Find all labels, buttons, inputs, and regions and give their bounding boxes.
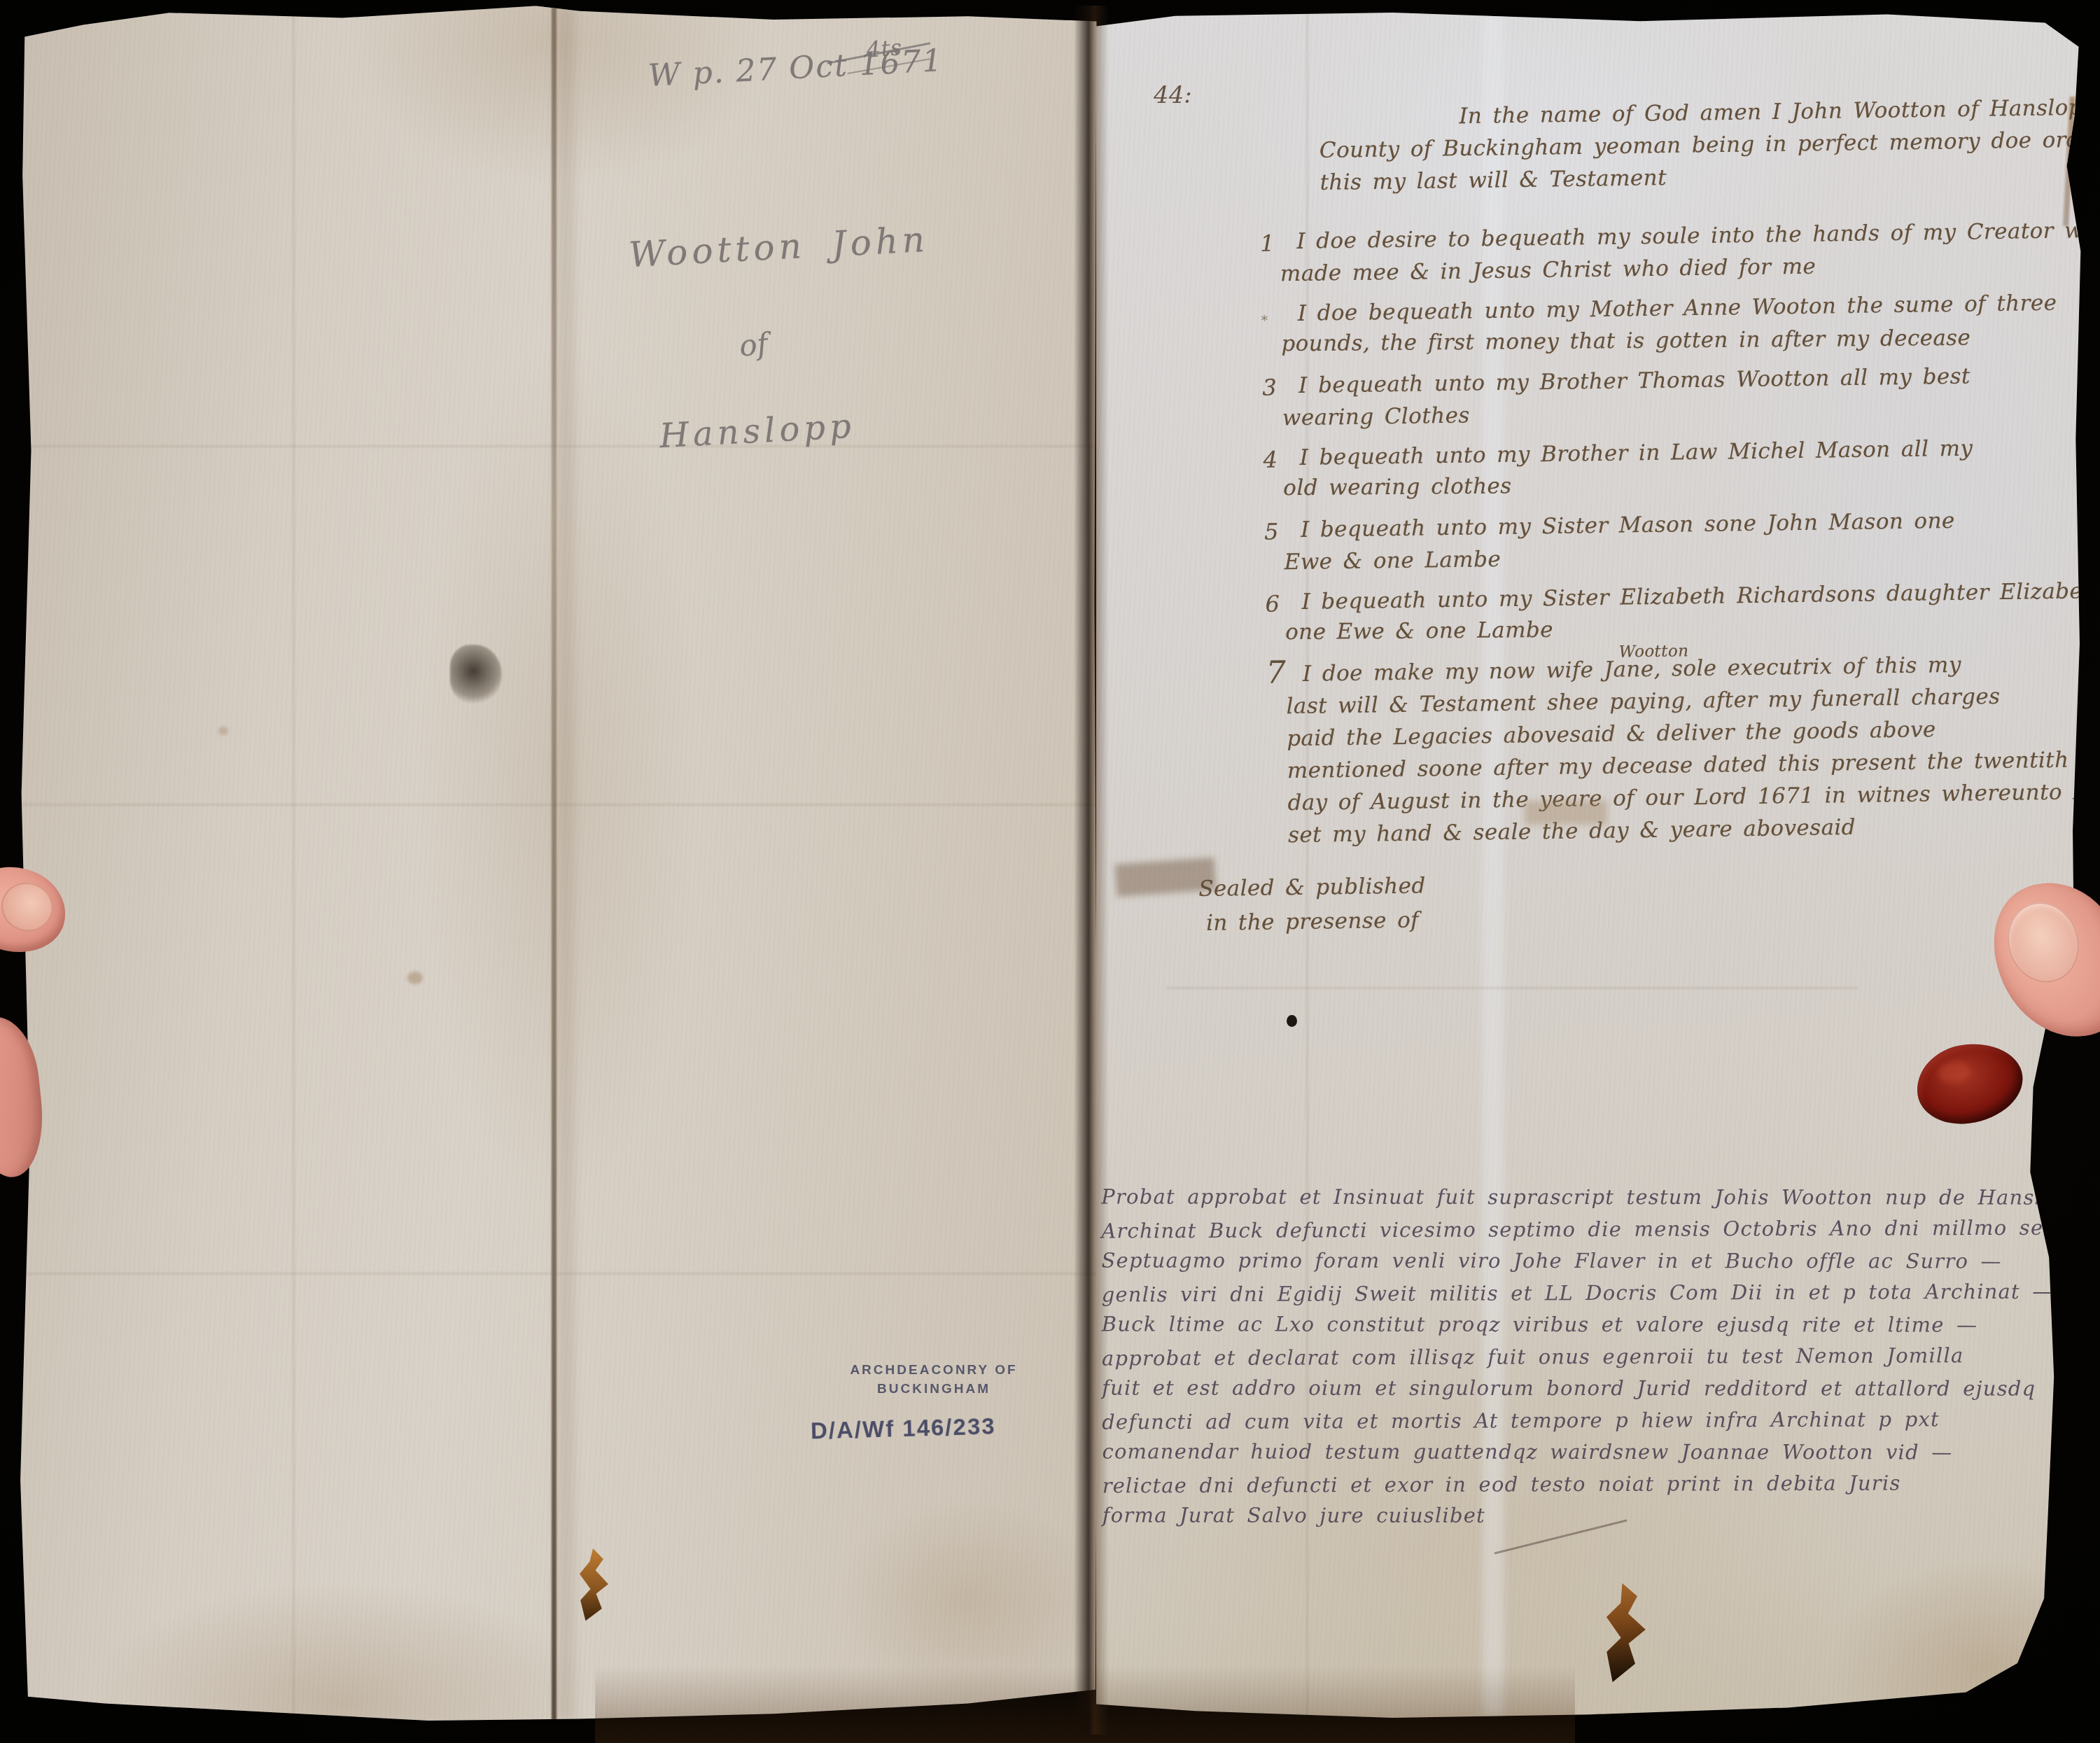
will-preamble: In the name of God amen I John Wootton o… xyxy=(1319,92,2069,199)
bequest-item-executrix: 7 Wootton I doe make my now wife Jane, s… xyxy=(1303,647,2096,851)
bequest-item: 5 I bequeath unto my Sister Mason sone J… xyxy=(1301,503,2092,578)
faint-horizontal-crease xyxy=(1166,987,1858,989)
paper-spot xyxy=(218,727,228,735)
bequest-item: 6 I bequeath unto my Sister Elizabeth Ri… xyxy=(1301,575,2093,650)
item-number: 3 xyxy=(1262,371,1277,403)
crossed-out-mark: 4ts xyxy=(866,35,903,62)
bequest-item: 1 I doe desire to bequeath my soule into… xyxy=(1296,214,2088,290)
item-number: 7 xyxy=(1266,657,1287,689)
latin-line: genlis viri dni Egidij Sweit militis et … xyxy=(1102,1275,2075,1310)
manuscript-photo-stage: W p. 27 Oct 1671 Wootton John of Hanslop… xyxy=(0,0,2100,1743)
vertical-fold-crease xyxy=(552,4,556,1721)
item-number: * xyxy=(1261,305,1268,337)
dark-ink-stain xyxy=(450,645,502,703)
latin-probate-clause: Probat approbat et Insinuat fuit suprasc… xyxy=(1101,1180,2075,1534)
ink-blot-dot xyxy=(1287,1015,1297,1027)
paper-tear xyxy=(573,1548,612,1623)
latin-line: Probat approbat et Insinuat fuit suprasc… xyxy=(1101,1181,2074,1214)
item-number: 1 xyxy=(1260,227,1275,259)
archive-reference-number: D/A/Wf 146/233 xyxy=(811,1413,996,1445)
stamp-line: ARCHDEACONRY OF xyxy=(801,1361,1067,1380)
latin-line: fuit et est addro oium et singulorum bon… xyxy=(1102,1372,2075,1405)
fingernail xyxy=(0,876,59,937)
latin-line: Buck ltime ac Lxo constitut proqz viribu… xyxy=(1102,1308,2075,1341)
will-line: one Ewe & one Lambe xyxy=(1285,609,2093,648)
bequest-item: 4 I bequeath unto my Brother in Law Mich… xyxy=(1299,430,2091,506)
item-number: 5 xyxy=(1264,515,1279,547)
faint-horizontal-crease xyxy=(18,1273,1098,1275)
paper-tear xyxy=(1594,1582,1654,1685)
archdeaconry-stamp: ARCHDEACONRY OF BUCKINGHAM xyxy=(801,1361,1067,1399)
will-line: pounds, the first money that is gotten i… xyxy=(1281,321,2089,360)
attestation-clause: Sealed & published in the presense of xyxy=(1198,869,1427,941)
catalog-name-note: Wootton John xyxy=(628,219,930,275)
folio-number: 44: xyxy=(1154,81,1192,109)
latin-line: relictae dni defuncti et exor in eod tes… xyxy=(1102,1466,2075,1501)
faint-horizontal-crease xyxy=(18,445,1098,447)
will-line: old wearing clothes xyxy=(1283,465,2091,504)
catalog-name-note: Hanslopp xyxy=(659,407,856,456)
attestation-line: in the presense of xyxy=(1206,903,1427,940)
left-page: W p. 27 Oct 1671 Wootton John of Hanslop… xyxy=(18,4,1098,1721)
bequest-item: 3 I bequeath unto my Brother Thomas Woot… xyxy=(1298,358,2090,434)
latin-line: defuncti ad cum vita et mortis At tempor… xyxy=(1102,1403,2075,1438)
catalog-name-note: of xyxy=(738,326,770,363)
latin-line: Septuagmo primo foram venli viro Johe Fl… xyxy=(1102,1245,2075,1277)
fingernail xyxy=(1997,892,2089,992)
latin-line: forma Jurat Salvo jure cuiuslibet xyxy=(1102,1499,2075,1532)
interlined-surname: Wootton xyxy=(1618,635,1688,668)
item-number: 6 xyxy=(1265,587,1280,619)
right-page: 44: In the name of God amen I John Woott… xyxy=(1096,13,2085,1718)
latin-line: Archinat Buck defuncti vicesimo septimo … xyxy=(1101,1212,2074,1247)
item-number: 4 xyxy=(1263,443,1277,475)
bequest-item: * I doe bequeath unto my Mother Anne Woo… xyxy=(1297,286,2089,362)
attestation-line: Sealed & published xyxy=(1198,869,1426,906)
faint-vertical-crease xyxy=(293,4,295,1721)
brown-stain xyxy=(1525,801,1607,825)
paper-spot xyxy=(407,972,423,984)
red-wax-seal xyxy=(1912,1037,2028,1130)
stamp-line: BUCKINGHAM xyxy=(801,1380,1067,1399)
fold-crease-shadow xyxy=(556,4,575,1721)
latin-line: approbat et declarat com illisqz fuit on… xyxy=(1102,1339,2075,1374)
latin-line: comanendar huiod testum guattendqz waird… xyxy=(1102,1436,2075,1469)
faint-horizontal-crease xyxy=(18,804,1098,806)
bequest-items: 1 I doe desire to bequeath my soule into… xyxy=(1296,214,2096,859)
